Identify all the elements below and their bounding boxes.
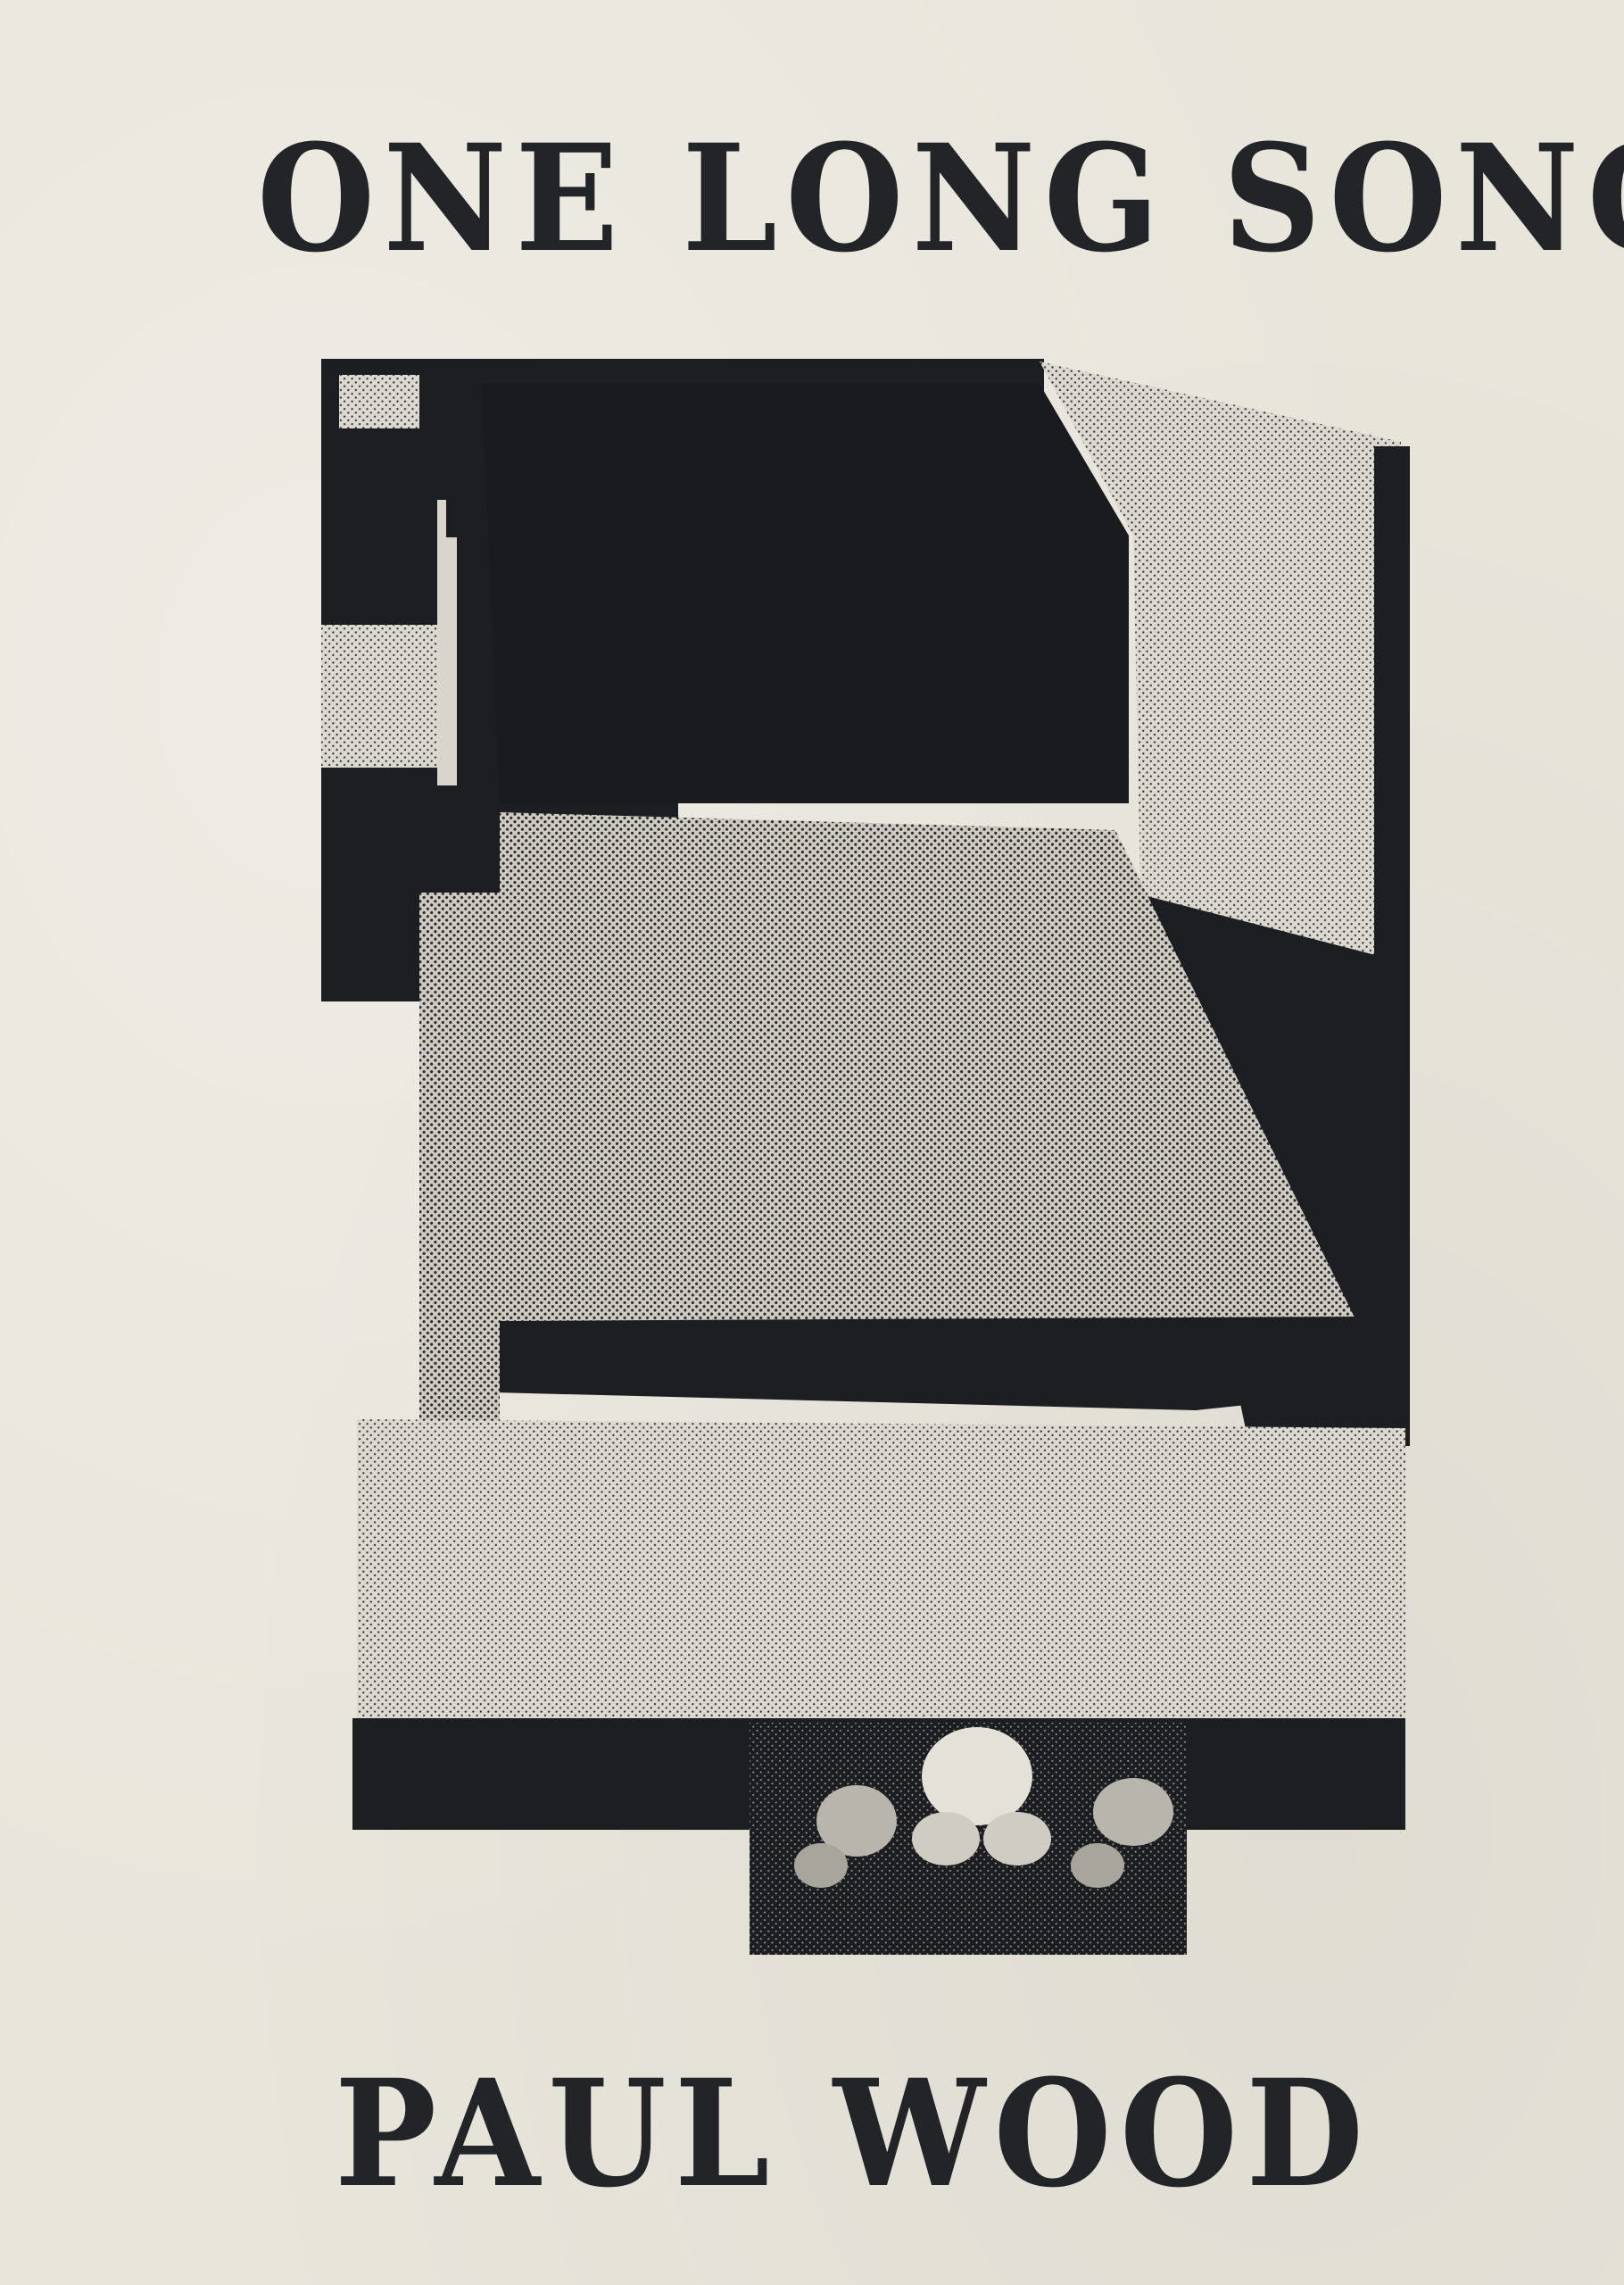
cover-photo-grave [0,0,1624,2285]
book-author: PAUL WOOD [335,2060,1371,2207]
